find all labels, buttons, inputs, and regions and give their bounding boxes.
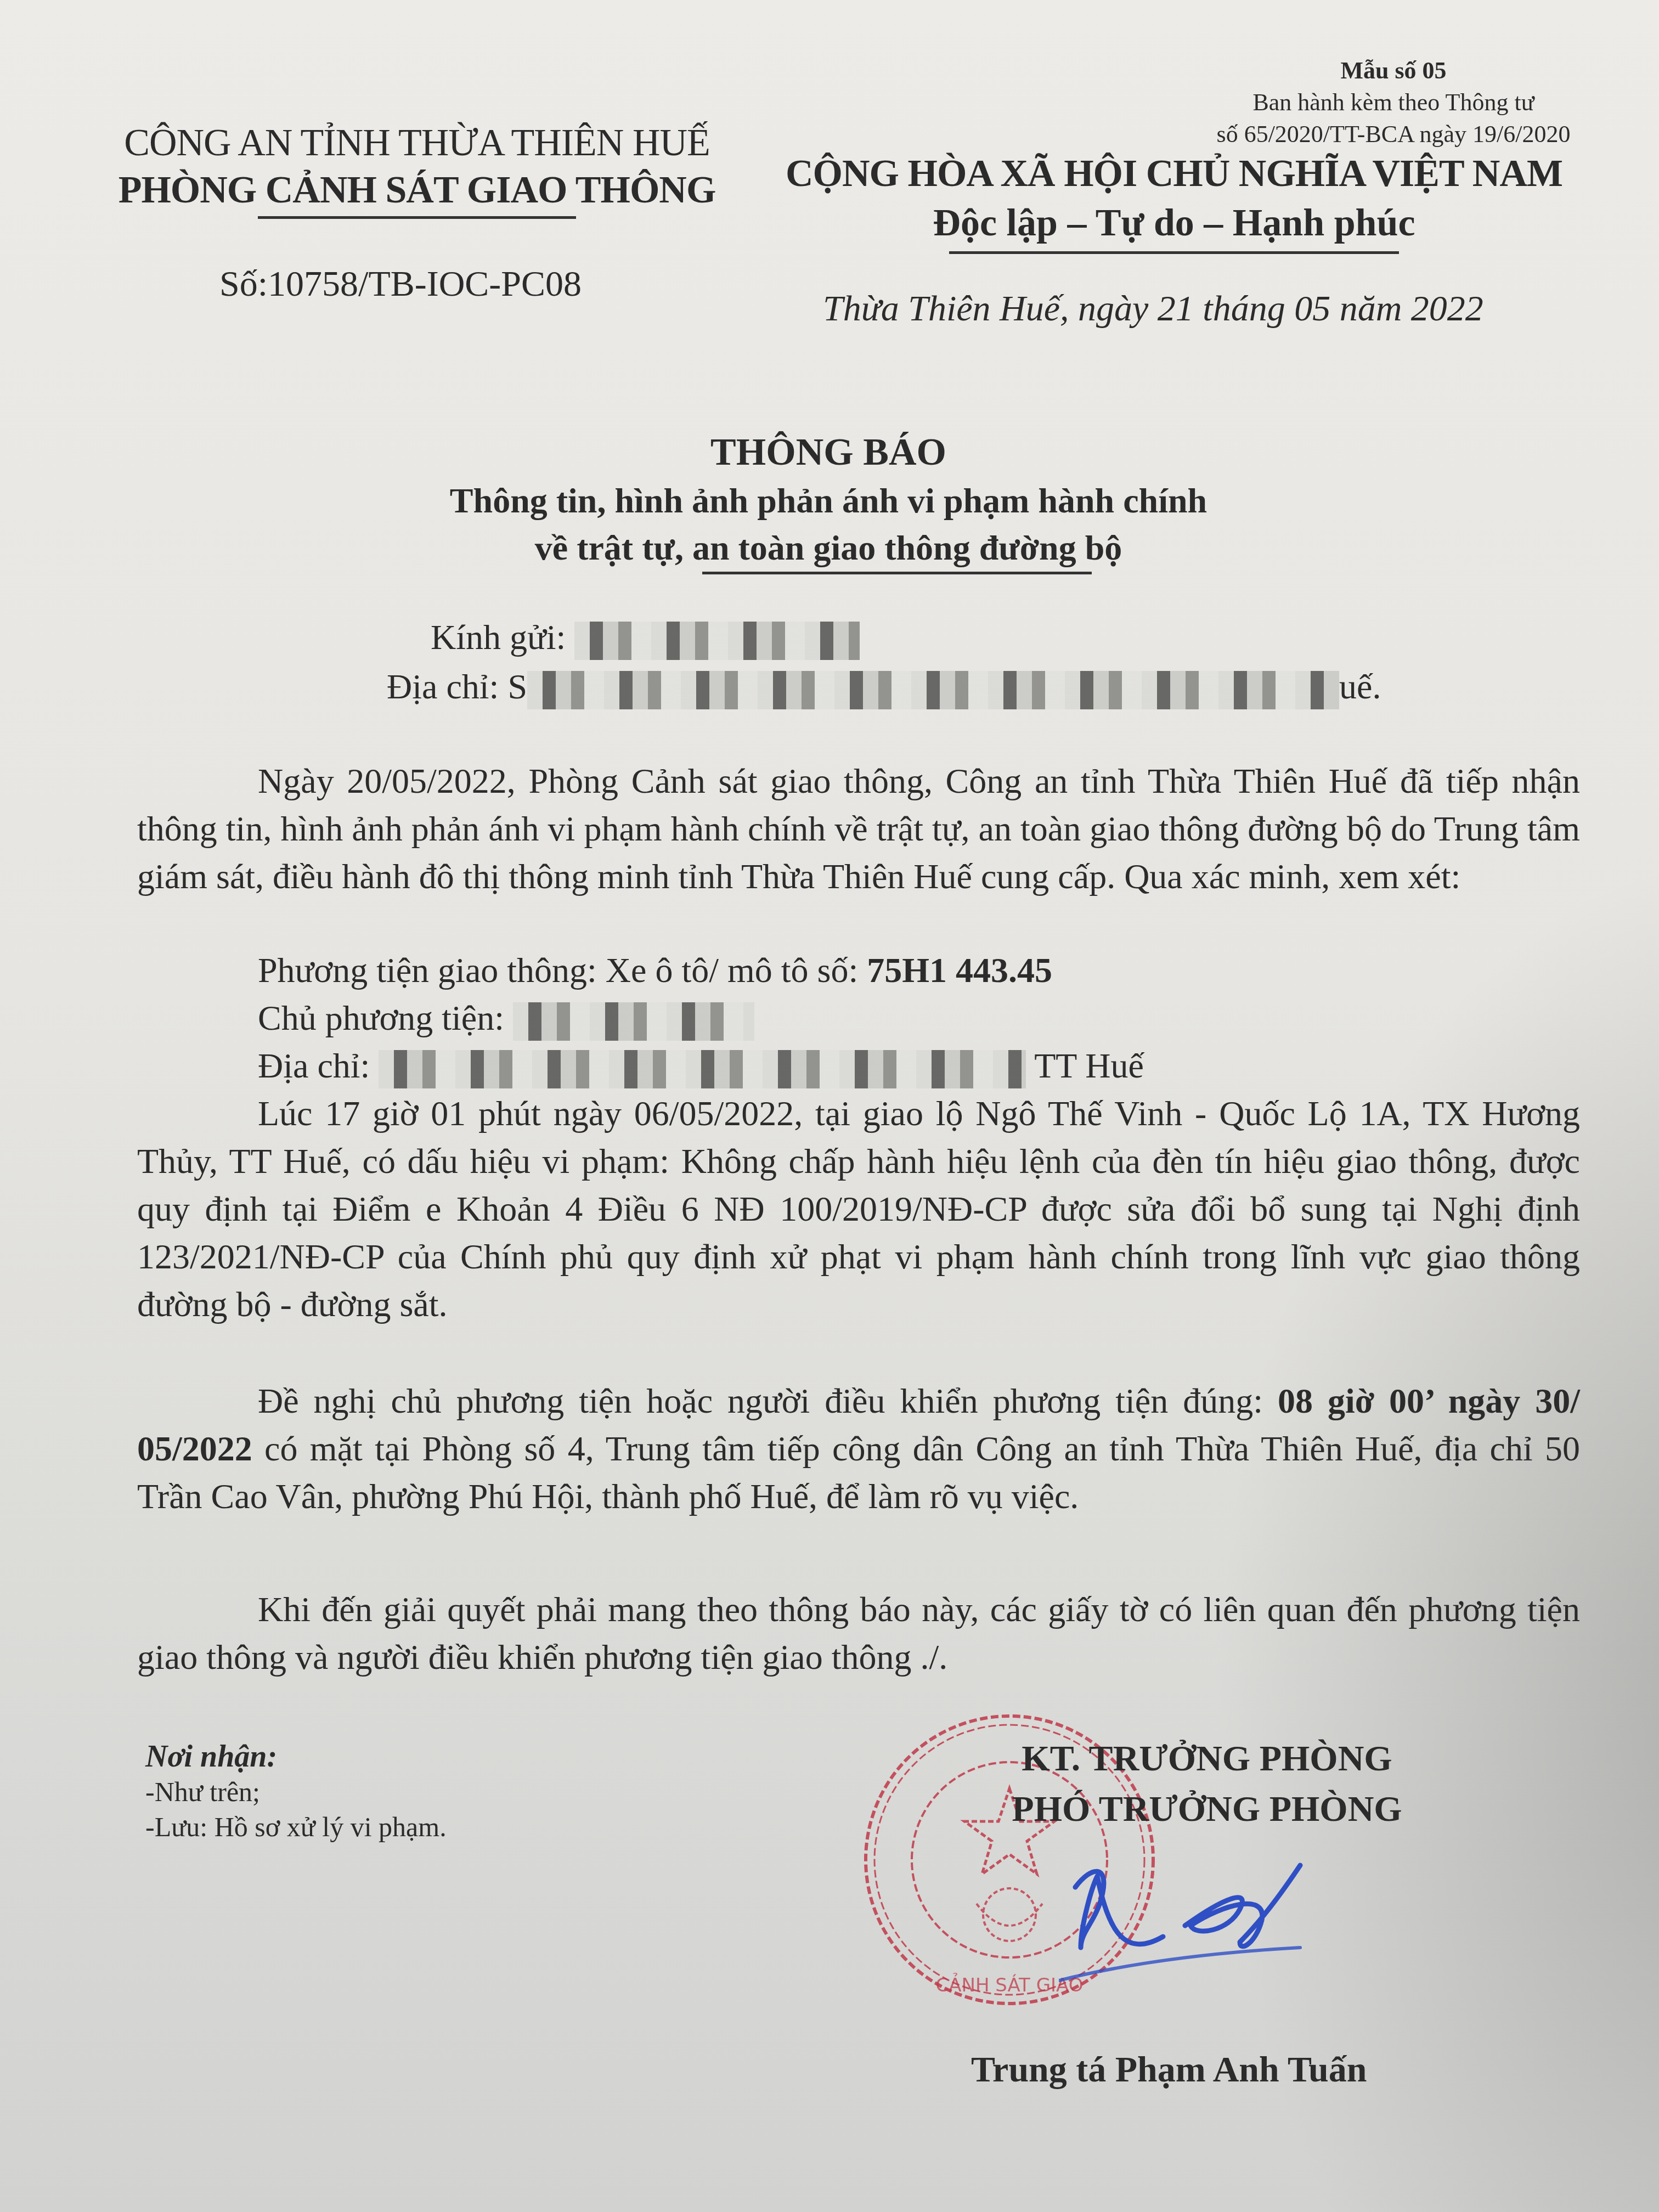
request-suffix: có mặt tại Phòng số 4, Trung tâm tiếp cô… bbox=[137, 1429, 1580, 1516]
vehicle-plate: 75H1 443.45 bbox=[867, 951, 1052, 990]
agency-line-2: PHÒNG CẢNH SÁT GIAO THÔNG bbox=[99, 167, 735, 214]
address-suffix: uế. bbox=[1339, 667, 1381, 706]
closing-paragraph: Khi đến giải quyết phải mang theo thông … bbox=[137, 1585, 1580, 1681]
document-page: CÔNG AN TỈNH THỪA THIÊN HUẾ PHÒNG CẢNH S… bbox=[0, 0, 1659, 2212]
distribution-item: -Như trên; bbox=[145, 1774, 447, 1809]
national-motto: Độc lập – Tự do – Hạnh phúc bbox=[768, 199, 1580, 248]
sign-role-1: KT. TRƯỞNG PHÒNG bbox=[933, 1734, 1481, 1784]
sign-role-2: PHÓ TRƯỞNG PHÒNG bbox=[933, 1784, 1481, 1835]
redacted-recipient-address bbox=[527, 671, 1339, 709]
document-number: Số:10758/TB-IOC-PC08 bbox=[219, 263, 582, 305]
intro-paragraph: Ngày 20/05/2022, Phòng Cảnh sát giao thô… bbox=[137, 757, 1580, 900]
form-reference: Mẫu số 05 Ban hành kèm theo Thông tư số … bbox=[1196, 55, 1591, 150]
redacted-recipient-name bbox=[574, 622, 860, 660]
title-underline bbox=[702, 572, 1092, 574]
signature-icon bbox=[1059, 1854, 1388, 1986]
form-note-line-2: số 65/2020/TT-BCA ngày 19/6/2020 bbox=[1196, 119, 1591, 150]
owner-address-line: Địa chỉ: TT Huế bbox=[258, 1042, 1144, 1090]
title-main: THÔNG BÁO bbox=[274, 428, 1383, 477]
motto-underline bbox=[949, 251, 1399, 254]
distribution-item: -Lưu: Hồ sơ xử lý vi phạm. bbox=[145, 1809, 447, 1844]
violation-paragraph: Lúc 17 giờ 01 phút ngày 06/05/2022, tại … bbox=[137, 1090, 1580, 1328]
recipient-line: Kính gửi: bbox=[431, 617, 860, 660]
redacted-owner-name bbox=[513, 1002, 754, 1041]
owner-label: Chủ phương tiện: bbox=[258, 998, 504, 1037]
redacted-owner-address bbox=[379, 1050, 1026, 1088]
title-subtitle-2: về trật tự, an toàn giao thông đường bộ bbox=[274, 524, 1383, 572]
recipient-address-line: Địa chỉ: Suế. bbox=[387, 667, 1381, 709]
request-prefix: Đề nghị chủ phương tiện hoặc người điều … bbox=[258, 1381, 1278, 1420]
signatory-title: KT. TRƯỞNG PHÒNG PHÓ TRƯỞNG PHÒNG bbox=[933, 1734, 1481, 1835]
form-note-line-1: Ban hành kèm theo Thông tư bbox=[1196, 87, 1591, 119]
form-number: Mẫu số 05 bbox=[1196, 55, 1591, 87]
place-and-date: Thừa Thiên Huế, ngày 21 tháng 05 năm 202… bbox=[823, 288, 1483, 330]
national-heading: CỘNG HÒA XÃ HỘI CHỦ NGHĨA VIỆT NAM Độc l… bbox=[768, 149, 1580, 254]
request-paragraph: Đề nghị chủ phương tiện hoặc người điều … bbox=[137, 1377, 1580, 1520]
nation-name: CỘNG HÒA XÃ HỘI CHỦ NGHĨA VIỆT NAM bbox=[768, 149, 1580, 199]
title-subtitle-1: Thông tin, hình ảnh phản ánh vi phạm hàn… bbox=[274, 477, 1383, 524]
distribution-heading: Nơi nhận: bbox=[145, 1739, 447, 1774]
owner-line: Chủ phương tiện: bbox=[258, 994, 754, 1042]
address-prefix: S bbox=[507, 667, 527, 706]
distribution-list: Nơi nhận: -Như trên; -Lưu: Hồ sơ xử lý v… bbox=[145, 1739, 447, 1844]
issuing-agency: CÔNG AN TỈNH THỪA THIÊN HUẾ PHÒNG CẢNH S… bbox=[99, 120, 735, 219]
agency-underline bbox=[258, 216, 576, 219]
document-title: THÔNG BÁO Thông tin, hình ảnh phản ánh v… bbox=[274, 428, 1383, 574]
address-label: Địa chỉ: bbox=[387, 667, 499, 706]
signer-name: Trung tá Phạm Anh Tuấn bbox=[971, 2049, 1367, 2091]
recipient-label: Kính gửi: bbox=[431, 618, 566, 657]
owner-address-label: Địa chỉ: bbox=[258, 1046, 370, 1085]
vehicle-line: Phương tiện giao thông: Xe ô tô/ mô tô s… bbox=[258, 946, 1052, 994]
agency-line-1: CÔNG AN TỈNH THỪA THIÊN HUẾ bbox=[99, 120, 735, 167]
owner-address-suffix: TT Huế bbox=[1034, 1046, 1144, 1085]
vehicle-label: Phương tiện giao thông: Xe ô tô/ mô tô s… bbox=[258, 951, 867, 990]
